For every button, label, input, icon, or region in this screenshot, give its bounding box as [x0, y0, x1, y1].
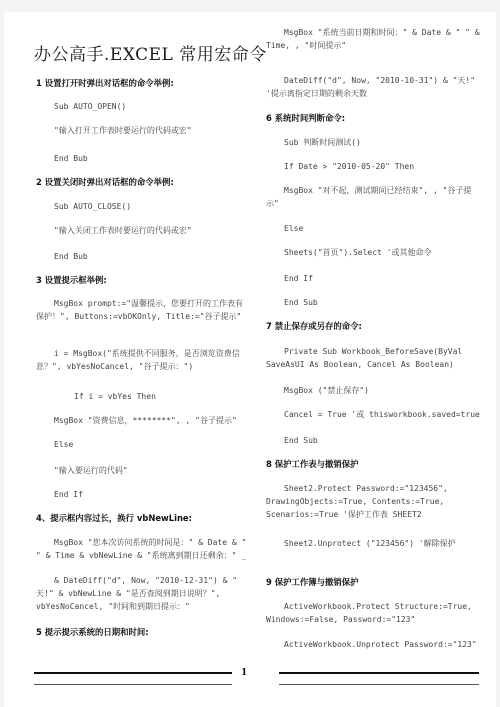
section-heading-5: 5 提示提示系统的日期和时间: [36, 626, 149, 639]
section-heading-6: 6 系统时间判断命令: [266, 112, 345, 125]
document-page: 办公高手.EXCEL 常用宏命令 1 设置打开时弹出对话框的命令举例: Sub … [4, 12, 496, 707]
code-line: If Date > "2010-05-20" Then [284, 160, 414, 173]
footer-rule-right-thick [279, 672, 479, 674]
page-title: 办公高手.EXCEL 常用宏命令 [34, 40, 267, 65]
code-line: "输入要运行的代码" [54, 464, 128, 477]
code-line: End Sub [284, 434, 318, 447]
section-heading-8: 8 保护工作表与撤销保护 [266, 458, 359, 471]
footer-rule-left-thick [34, 672, 232, 674]
section-heading-4: 4、提示框内容过长，换行 vbNewLine: [36, 512, 192, 525]
section-heading-7: 7 禁止保存或另存的命令: [266, 320, 362, 333]
code-line: & DateDiff("d", Now, "2010-12-31") & " 天… [36, 574, 250, 613]
code-line: Else [54, 438, 73, 451]
code-line: MsgBox "资费信息，********", , "谷子提示" [54, 414, 237, 427]
code-line: Sub AUTO_OPEN() [54, 100, 126, 113]
code-line: Private Sub Workbook_BeforeSave(ByVal Sa… [266, 345, 481, 371]
section-heading-1: 1 设置打开时弹出对话框的命令举例: [36, 77, 174, 90]
code-line: DateDiff("d", Now, "2010-10-31") & "天!" … [266, 74, 481, 100]
code-line: MsgBox prompt:="温馨提示，您要打开的工作表有保护！", Butt… [36, 297, 250, 323]
footer-rule-left-thin [34, 684, 232, 685]
page-number: 1 [241, 668, 247, 678]
code-line: i = MsgBox("系统提供不同服务，是否浏览资费信息？", vbYesNo… [36, 347, 250, 373]
code-line: Sheet2.Unprotect ("123456") '解除保护 [266, 537, 466, 550]
code-line: "输入关闭工作表时要运行的代码或宏" [54, 224, 192, 237]
code-line: ActiveWorkbook.Protect Structure:=True, … [266, 600, 481, 626]
code-line: End Sub [284, 296, 318, 309]
code-line: End Bub [54, 250, 88, 263]
code-line: MsgBox "您本次访问系统的时间是：" & Date & " " & Tim… [36, 536, 250, 562]
code-line: Cancel = True '或 thisworkbook.saved=true [284, 408, 480, 421]
code-line: Sheet2.Protect Password:="123456", Drawi… [266, 482, 481, 521]
section-heading-9: 9 保护工作簿与撤销保护 [266, 576, 359, 589]
code-line: Sub AUTO_CLOSE() [54, 200, 131, 213]
code-line: Else [284, 222, 303, 235]
code-line: "输入打开工作表时要运行的代码或宏" [54, 124, 192, 137]
code-line: If i = vbYes Then [74, 390, 156, 403]
footer-rule-right-thin [279, 684, 479, 685]
code-line: MsgBox "系统当前日期和时间：" & Date & " " & Time,… [266, 26, 481, 52]
code-line: End Bub [54, 152, 88, 165]
section-heading-2: 2 设置关闭时弹出对话框的命令举例: [36, 176, 174, 189]
code-line: End If [54, 488, 83, 501]
section-heading-3: 3 设置提示框举例: [36, 274, 107, 287]
code-line: Sub 判断时间测试() [284, 136, 361, 149]
code-line: Sheets("首页").Select '或其他命令 [284, 246, 432, 259]
code-line: MsgBox "对不起，测试期间已经结束", , "谷子提示" [266, 184, 481, 210]
code-line: MsgBox ("禁止保存") [284, 384, 369, 397]
code-line: ActiveWorkbook.Unprotect Password:="123" [284, 638, 477, 651]
code-line: End If [284, 272, 313, 285]
